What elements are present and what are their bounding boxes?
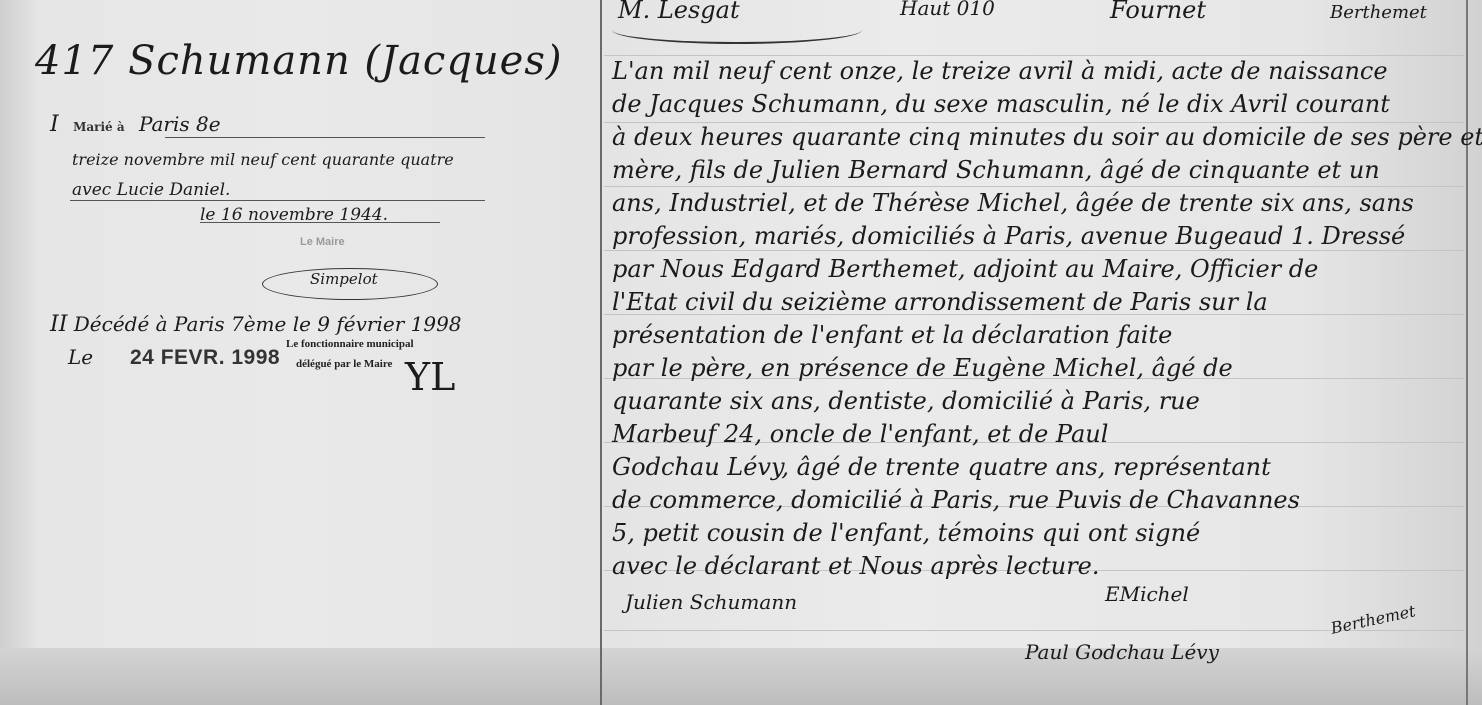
mention-numeral: I: [50, 112, 59, 137]
ruled-line: [604, 186, 1464, 187]
body-line: l'Etat civil du seizième arrondissement …: [612, 288, 1268, 316]
header-signature: Berthemet: [1330, 2, 1427, 23]
witness-signature: EMichel: [1105, 582, 1189, 606]
marriage-mention-line-1: I Marié à Paris 8e: [50, 112, 221, 137]
body-line: 5, petit cousin de l'enfant, témoins qui…: [612, 519, 1200, 547]
body-line: par Nous Edgard Berthemet, adjoint au Ma…: [612, 255, 1318, 283]
witness-signature: Paul Godchau Lévy: [1025, 640, 1219, 664]
register-page: 417 Schumann (Jacques) I Marié à Paris 8…: [0, 0, 1482, 705]
page-edge: [1466, 0, 1468, 705]
spouse-name: Lucie Daniel.: [117, 180, 231, 200]
ruled-line: [604, 55, 1464, 56]
field-underline: [200, 222, 440, 223]
printed-label: Marié à: [73, 120, 125, 134]
mention-numeral: II: [50, 312, 67, 337]
body-line: Godchau Lévy, âgé de trente quatre ans, …: [612, 453, 1271, 481]
body-line: de Jacques Schumann, du sexe masculin, n…: [612, 90, 1390, 118]
body-line: présentation de l'enfant et la déclarati…: [612, 321, 1172, 349]
death-mention-le: Le: [68, 345, 93, 369]
body-line: mère, fils de Julien Bernard Schumann, â…: [612, 156, 1380, 184]
body-line: de commerce, domicilié à Paris, rue Puvi…: [612, 486, 1300, 514]
body-line: quarante six ans, dentiste, domicilié à …: [612, 387, 1200, 415]
mayor-signature: Simpelot: [310, 270, 378, 288]
official-stamp-line-2: délégué par le Maire: [296, 358, 392, 370]
death-mention-text: Décédé à Paris 7ème le 9 février 1998: [74, 312, 462, 336]
body-line: L'an mil neuf cent onze, le treize avril…: [612, 57, 1388, 85]
ruled-line: [604, 250, 1464, 251]
entry-name: Schumann (Jacques): [128, 38, 562, 84]
body-line: avec le déclarant et Nous après lecture.: [612, 552, 1100, 580]
body-line: Marbeuf 24, oncle de l'enfant, et de Pau…: [612, 420, 1108, 448]
marriage-mention-line-3: avec Lucie Daniel.: [72, 180, 230, 200]
body-line: ans, Industriel, et de Thérèse Michel, â…: [612, 189, 1414, 217]
official-initials: YL: [405, 355, 455, 399]
marriage-place: Paris 8e: [139, 112, 221, 136]
marriage-mention-line-2: treize novembre mil neuf cent quarante q…: [72, 150, 454, 169]
father-signature: Julien Schumann: [625, 590, 797, 614]
entry-heading: 417 Schumann (Jacques): [35, 38, 562, 84]
date-stamp: 24 FEVR. 1998: [130, 346, 280, 370]
field-underline: [70, 200, 485, 201]
body-line: par le père, en présence de Eugène Miche…: [612, 354, 1233, 382]
official-stamp-line-1: Le fonctionnaire municipal: [286, 338, 414, 350]
entry-number: 417: [35, 38, 114, 84]
field-underline: [165, 137, 485, 138]
body-line: à deux heures quarante cinq minutes du s…: [612, 123, 1482, 151]
printed-label-avec: avec: [72, 180, 111, 200]
header-signature: M. Lesgat: [618, 0, 740, 24]
officer-signature: Berthemet: [1329, 601, 1417, 637]
body-line: profession, mariés, domiciliés à Paris, …: [612, 222, 1405, 250]
page-bottom-shadow: [0, 648, 1482, 705]
marriage-date: treize novembre mil neuf cent quarante q…: [72, 150, 454, 169]
margin-divider: [600, 0, 602, 705]
death-mention-line-1: II Décédé à Paris 7ème le 9 février 1998: [50, 312, 462, 337]
mayor-label: Le Maire: [300, 236, 345, 248]
header-signature: Fournet: [1110, 0, 1206, 24]
header-signature: Haut 010: [900, 0, 995, 20]
